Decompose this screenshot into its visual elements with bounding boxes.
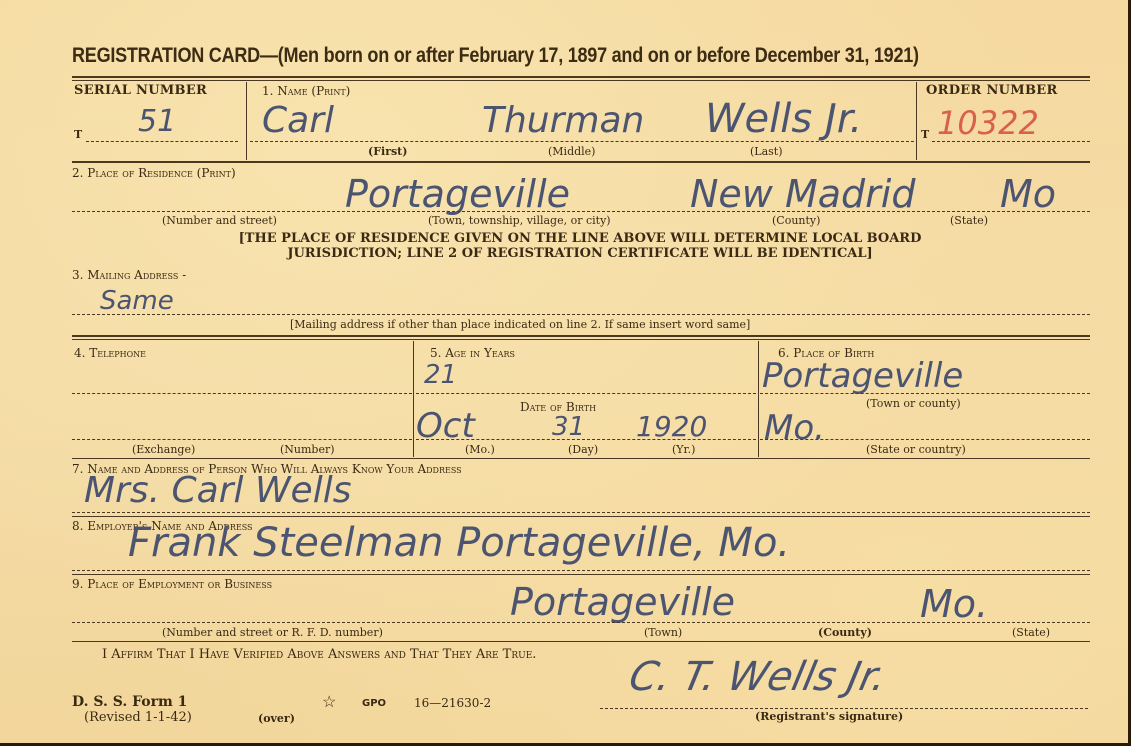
dob-line xyxy=(416,439,756,440)
telephone-divider xyxy=(413,341,414,457)
middle-name-value: Thurman xyxy=(482,100,644,141)
residence-state-value: Mo xyxy=(1000,172,1056,216)
dob-month-value: Oct xyxy=(416,406,475,446)
order-prefix: T xyxy=(921,128,930,141)
residence-town-value: Portageville xyxy=(345,172,570,216)
row9-rule xyxy=(72,641,1090,642)
employment-town-value: Portageville xyxy=(510,580,735,624)
mailing-line xyxy=(72,314,1090,315)
signature-caption: (Registrant's signature) xyxy=(755,710,903,723)
contact-line xyxy=(72,512,1090,513)
dob-month-caption: (Mo.) xyxy=(465,443,495,456)
residence-notice-line2: JURISDICTION; LINE 2 OF REGISTRATION CER… xyxy=(140,246,1020,261)
contact-value: Mrs. Carl Wells xyxy=(84,470,351,511)
age-label: 5. Age in Years xyxy=(430,346,515,360)
birthplace-state-caption: (State or country) xyxy=(866,443,966,456)
employment-state-value: Mo. xyxy=(920,582,988,626)
residence-notice-line1: [THE PLACE OF RESIDENCE GIVEN ON THE LIN… xyxy=(140,231,1020,246)
serial-line xyxy=(86,141,238,142)
order-number-value: 10322 xyxy=(937,104,1039,142)
row3-rule xyxy=(72,335,1090,337)
gpo-label: GPO xyxy=(362,698,386,709)
birthplace-town-caption: (Town or county) xyxy=(866,397,961,410)
order-line xyxy=(932,141,1090,142)
employment-street-caption: (Number and street or R. F. D. number) xyxy=(162,626,383,639)
order-divider xyxy=(916,82,917,160)
row6-rule xyxy=(72,458,1090,459)
telephone-label: 4. Telephone xyxy=(74,346,146,360)
dob-year-caption: (Yr.) xyxy=(672,443,695,456)
birthplace-state-value: Mo. xyxy=(764,408,825,448)
affirmation-text: I Affirm That I Have Verified Above Answ… xyxy=(102,647,536,662)
row7-rule xyxy=(72,516,1090,517)
row8-rule xyxy=(72,574,1090,575)
dob-day-caption: (Day) xyxy=(568,443,598,456)
employment-line xyxy=(72,622,1090,623)
mailing-address-value: Same xyxy=(100,286,174,316)
registration-card: REGISTRATION CARD—(Men born on or after … xyxy=(0,0,1131,746)
star-icon: ☆ xyxy=(322,692,336,711)
employment-county-caption: (County) xyxy=(818,626,872,639)
last-name-value: Wells Jr. xyxy=(705,96,862,142)
birthplace-town-line xyxy=(760,393,1090,394)
birthplace-town-value: Portageville xyxy=(762,356,963,396)
residence-county-caption: (County) xyxy=(772,214,820,227)
serial-number-value: 51 xyxy=(138,104,176,139)
mailing-address-label: 3. Mailing Address - xyxy=(72,268,186,282)
registrant-signature: C. T. Wells Jr. xyxy=(625,654,890,700)
print-code: 16—21630-2 xyxy=(414,696,491,710)
card-title: REGISTRATION CARD—(Men born on or after … xyxy=(72,44,919,68)
telephone-line-1 xyxy=(72,393,412,394)
telephone-line-2 xyxy=(72,439,412,440)
form-revised: (Revised 1-1-42) xyxy=(84,710,192,725)
order-number-label: ORDER NUMBER xyxy=(926,83,1058,98)
form-id: D. S. S. Form 1 xyxy=(72,694,187,710)
birthplace-state-line xyxy=(760,439,1090,440)
last-caption: (Last) xyxy=(750,145,783,158)
name-line xyxy=(250,141,914,142)
serial-number-label: SERIAL NUMBER xyxy=(74,83,207,98)
residence-county-value: New Madrid xyxy=(690,172,915,216)
title-rule xyxy=(72,76,1090,78)
signature-line xyxy=(600,708,1088,709)
exchange-caption: (Exchange) xyxy=(132,443,195,456)
first-name-value: Carl xyxy=(262,100,334,141)
residence-street-caption: (Number and street) xyxy=(162,214,277,227)
mailing-caption: [Mailing address if other than place ind… xyxy=(290,318,750,331)
middle-caption: (Middle) xyxy=(548,145,595,158)
dob-day-value: 31 xyxy=(552,412,585,442)
employer-value: Frank Steelman Portageville, Mo. xyxy=(128,520,790,566)
employment-town-caption: (Town) xyxy=(644,626,682,639)
employment-label: 9. Place of Employment or Business xyxy=(72,577,272,591)
employer-line xyxy=(72,570,1090,571)
age-line xyxy=(416,393,756,394)
residence-label: 2. Place of Residence (Print) xyxy=(72,166,236,180)
serial-prefix: T xyxy=(74,128,83,141)
serial-divider xyxy=(246,82,247,160)
first-caption: (First) xyxy=(368,145,407,158)
employment-state-caption: (State) xyxy=(1012,626,1050,639)
number-caption: (Number) xyxy=(280,443,335,456)
residence-town-caption: (Town, township, village, or city) xyxy=(428,214,611,227)
row3-rule-2 xyxy=(72,339,1090,340)
age-value: 21 xyxy=(424,360,457,390)
over-label: (over) xyxy=(258,712,295,725)
row1-rule xyxy=(72,161,1090,163)
residence-state-caption: (State) xyxy=(950,214,988,227)
title-rule-2 xyxy=(72,80,1090,81)
name-label: 1. Name (Print) xyxy=(262,84,350,98)
age-divider xyxy=(758,341,759,457)
residence-line xyxy=(72,211,1090,212)
